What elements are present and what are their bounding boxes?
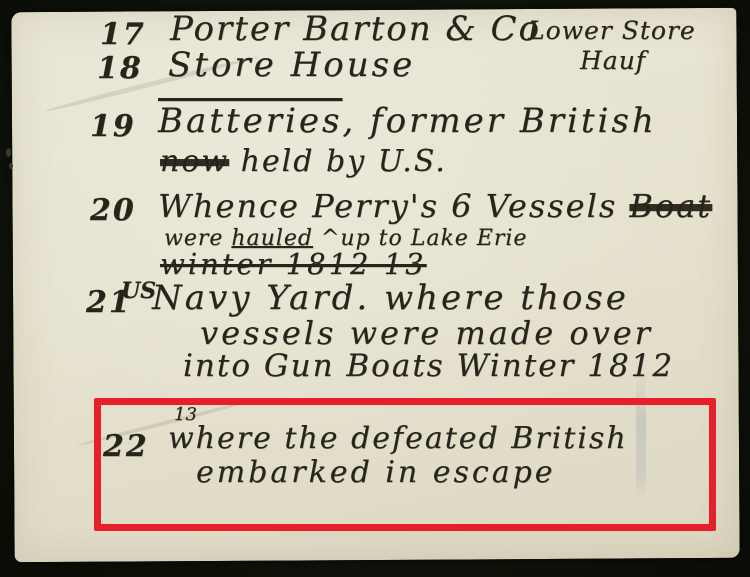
item-21-line2: vessels were made over — [200, 317, 653, 349]
item-21-line3: into Gun Boats Winter 1812 — [183, 351, 674, 382]
item-19-scribbled-word: now — [160, 144, 229, 179]
item-19-line1-rest: , former British — [342, 101, 656, 141]
item-22-number: 22 — [103, 432, 149, 462]
item-19-word-batteries: Batteries — [158, 101, 342, 141]
item-21-line1: Navy Yard. where those — [152, 281, 629, 315]
item-17-text: Porter Barton & Co — [170, 12, 541, 46]
item-19-line2: now held by U.S. — [160, 147, 447, 177]
item-20-line1-text: Whence Perry's 6 Vessels — [158, 187, 629, 225]
item-17-right-note-line2: Hauf — [580, 48, 646, 73]
item-20-line1: Whence Perry's 6 Vessels Boat — [158, 190, 712, 222]
photo-background: 17 Porter Barton & Co Lower Store Hauf 1… — [0, 0, 750, 577]
item-18-text: Store House — [168, 48, 415, 82]
item-20-line3-struck: winter 1812 13 — [160, 250, 427, 279]
ink-speck — [9, 163, 13, 169]
item-19-line2-rest: held by U.S. — [229, 144, 447, 179]
ink-speck — [6, 148, 11, 157]
item-19-line1: Batteries, former British — [158, 104, 657, 138]
item-17-right-note-line1: Lower Store — [528, 18, 696, 43]
item-17-number: 17 — [100, 20, 146, 50]
item-22-line1: where the defeated British — [168, 424, 628, 454]
item-21-superscript-us: US — [121, 280, 156, 302]
item-20-number: 20 — [90, 196, 136, 226]
item-20-scribbled-word: Boat — [629, 187, 712, 225]
item-19-number: 19 — [90, 112, 136, 142]
item-18-number: 18 — [97, 54, 143, 84]
item-22-line2: embarked in escape — [196, 458, 556, 488]
